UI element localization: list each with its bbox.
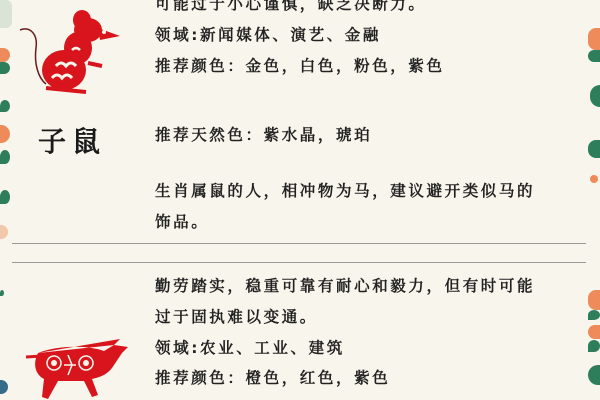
ox-trait-line: 勤劳踏实，稳重可靠有耐心和毅力，但有时可能 — [155, 274, 535, 296]
rat-colors-line: 推荐颜色：金色，白色，粉色，紫色 — [155, 54, 445, 76]
rat-trait-line: 可能过于小心谨慎，缺乏决断力。 — [155, 0, 427, 14]
rat-fields-line: 领域:新闻媒体、演艺、金融 — [155, 23, 381, 45]
ox-papercut-icon — [18, 335, 133, 400]
ox-fields-line: 领域:农业、工业、建筑 — [155, 336, 345, 358]
zodiac-name-rat: 子鼠 — [38, 120, 106, 160]
ox-trait-line-2: 过于固执难以变通。 — [155, 305, 318, 327]
section-divider-bottom — [12, 262, 586, 263]
zodiac-article-page: 子鼠 可能过于小心谨慎，缺乏决断力。 领域:新闻媒体、演艺、金融 推荐颜色：金色… — [0, 0, 600, 400]
left-floral-border — [0, 0, 14, 400]
rat-papercut-icon — [16, 8, 126, 98]
rat-natural-colors-line: 推荐天然色：紫水晶，琥珀 — [155, 123, 372, 145]
ox-colors-line: 推荐颜色：橙色，红色，紫色 — [155, 366, 390, 388]
section-divider-top — [12, 243, 586, 244]
rat-clash-line: 生肖属鼠的人，相冲物为马，建议避开类似马的 — [155, 179, 535, 201]
rat-clash-line-2: 饰品。 — [155, 210, 209, 232]
right-floral-border — [586, 0, 600, 400]
